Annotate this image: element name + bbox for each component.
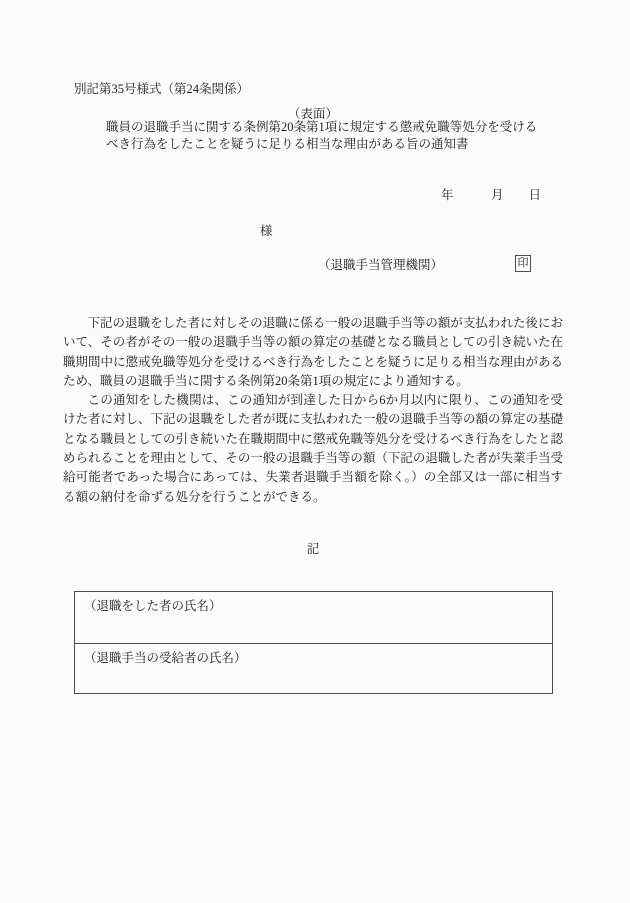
document-title: 職員の退職手当に関する条例第20条第1項に規定する懲戒免職等処分を受ける べき行…: [106, 119, 546, 153]
name-table: （退職をした者の氏名） （退職手当の受給者の氏名）: [74, 591, 553, 694]
body-text: 下記の退職をした者に対しその退職に係る一般の退職手当等の額が支払われた後において…: [63, 314, 563, 507]
body-paragraph-2: この通知をした機関は、この通知が到達した日から6か月以内に限り、この通知を受けた…: [63, 391, 563, 507]
date-placeholder: 年 月 日: [441, 186, 541, 205]
seal-mark: 印: [518, 258, 529, 269]
table-row-allowance-recipient: （退職手当の受給者の氏名）: [75, 643, 552, 693]
retired-person-name-label: （退職をした者の氏名）: [84, 599, 222, 613]
addressee-suffix: 様: [260, 222, 273, 241]
table-row-retired-person: （退職をした者の氏名）: [75, 592, 552, 643]
document-page: 別記第35号様式（第24条関係） （表面） 職員の退職手当に関する条例第20条第…: [0, 0, 630, 903]
issuer-label: （退職手当管理機関）: [318, 256, 443, 275]
document-title-line-1: 職員の退職手当に関する条例第20条第1項に規定する懲戒免職等処分を受ける: [106, 119, 546, 136]
seal-box: 印: [515, 255, 531, 272]
document-title-line-2: べき行為をしたことを疑うに足りる相当な理由がある旨の通知書: [106, 136, 546, 153]
form-number: 別記第35号様式（第24条関係）: [74, 80, 249, 99]
record-heading: 記: [63, 540, 563, 559]
body-paragraph-1: 下記の退職をした者に対しその退職に係る一般の退職手当等の額が支払われた後において…: [63, 314, 563, 391]
allowance-recipient-name-label: （退職手当の受給者の氏名）: [84, 651, 247, 665]
